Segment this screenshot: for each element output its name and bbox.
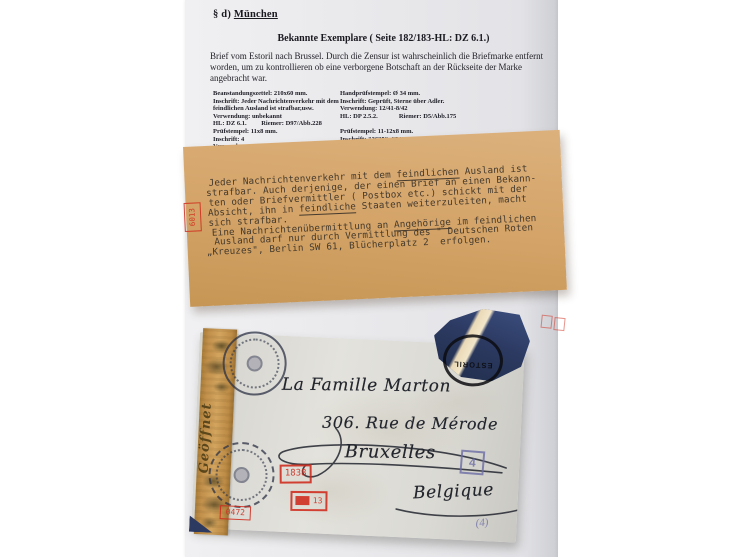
spec-line: Inschrift: Jeder Nachrichtenverkehr mit … <box>213 98 340 106</box>
spec-line: Verwendung: unbekannt <box>213 113 340 121</box>
violet-note: (4) <box>475 516 489 529</box>
slip-text: Jeder Nachrichtenverkehr mit dem feindli… <box>208 164 539 258</box>
section-label: § d) München <box>213 9 278 20</box>
spec-line: HL: DZ 6.1. Riemer: D97/Abb.228 <box>213 120 340 128</box>
slip-registration-number: 6013 <box>187 204 197 230</box>
spec-line: Inschrift: Geprüft, Sterne über Adler. <box>340 98 550 106</box>
red-number-stamp-bottom: 0472 <box>220 505 252 520</box>
cachet-number: 13 <box>313 496 323 505</box>
envelope: Geöffnet ESTORIL La Famille Marton 306. … <box>191 332 525 543</box>
page-title: Bekannte Exemplare ( Seite 182/183-HL: D… <box>215 33 552 44</box>
address-line-country: Belgique <box>413 480 495 503</box>
spec-line: HL: DP 2.5.2. Riemer: D5/Abb.175 <box>340 113 550 121</box>
exhibit-description: Brief vom Estoril nach Brussel. Durch di… <box>210 51 562 84</box>
section-prefix: § d) <box>213 9 234 20</box>
cachet-block-icon <box>295 496 309 505</box>
section-name: München <box>234 9 278 20</box>
violet-box-stamp: 4 <box>459 450 485 476</box>
address-line-street: 306. Rue de Mérode <box>322 413 498 434</box>
exhibit-photo: § d) München Bekannte Exemplare ( Seite … <box>0 0 740 557</box>
spec-line: Verwendung: 12/41-8/42 <box>340 105 550 113</box>
spec-line: Beanstandungszettel: 210x60 mm. <box>213 90 340 98</box>
red-cachet-stamp-icon: 13 <box>290 491 327 511</box>
address-line-name: La Famille Marton <box>282 375 452 397</box>
spec-line <box>340 120 550 128</box>
slip-registration-stamp: 6013 <box>184 202 202 232</box>
spec-line: Handprüfstempel: Ø 34 mm. <box>340 90 550 98</box>
address-line-city: Bruxelles <box>345 441 436 463</box>
spec-line: Prüfstempel: 11x8 mm. <box>213 128 340 136</box>
censor-slip: 6013 Jeder Nachrichtenverkehr mit dem fe… <box>183 130 567 307</box>
spec-line: feindlichen Ausland ist strafbar,usw. <box>213 105 340 113</box>
faint-red-stamp-fragment <box>540 315 567 333</box>
red-number-stamp-top: 1838 <box>280 464 312 483</box>
postmark-text: ESTORIL <box>446 359 500 370</box>
